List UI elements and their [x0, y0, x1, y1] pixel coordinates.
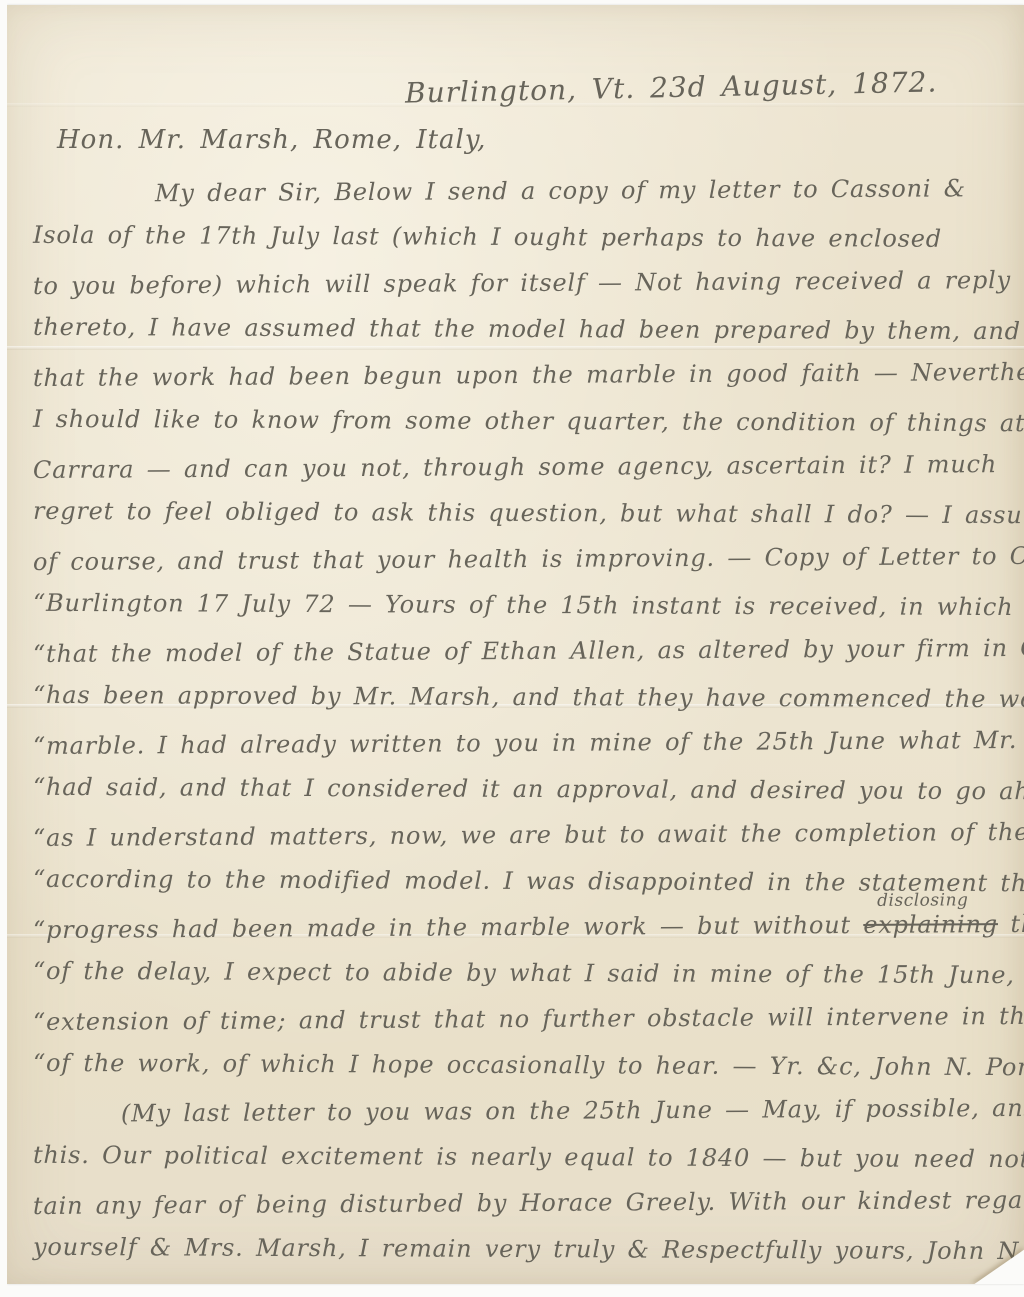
letter-line-quoted: “of the work, of which I hope occasional…	[33, 1040, 1020, 1090]
letter-line: (My last letter to you was on the 25th J…	[33, 1085, 1020, 1137]
letter-line-quoted: “that the model of the Statue of Ethan A…	[33, 625, 1020, 677]
letter-body: My dear Sir, Below I send a copy of my l…	[33, 168, 1020, 1272]
address-line: Hon. Mr. Marsh, Rome, Italy,	[57, 125, 486, 155]
letter-line: this. Our political excitement is nearly…	[33, 1132, 1020, 1182]
letter-line: to you before) which will speak for itse…	[33, 257, 1020, 309]
struck-word: explaining	[863, 910, 998, 939]
inserted-word: disclosing	[877, 892, 968, 910]
letter-line-with-correction: “progress had been made in the marble wo…	[33, 901, 1020, 953]
letter-line: Carrara — and can you not, through some …	[33, 441, 1020, 493]
letter-line: My dear Sir, Below I send a copy of my l…	[33, 165, 1020, 217]
letter-line: I should like to know from some other qu…	[33, 396, 1020, 446]
letter-line-quoted: “marble. I had already written to you in…	[33, 717, 1020, 769]
correction: disclosingexplaining	[863, 910, 998, 939]
letter-line: tain any fear of being disturbed by Hora…	[33, 1177, 1020, 1229]
letter-page: Burlington, Vt. 23d August, 1872. Hon. M…	[7, 5, 1024, 1284]
date-line: Burlington, Vt. 23d August, 1872.	[405, 65, 938, 109]
letter-line: Isola of the 17th July last (which I oug…	[33, 212, 1020, 262]
letter-line: regret to feel obliged to ask this quest…	[33, 488, 1020, 538]
letter-line: that the work had been begun upon the ma…	[33, 349, 1020, 401]
letter-line: of course, and trust that your health is…	[33, 533, 1020, 585]
letter-line: thereto, I have assumed that the model h…	[33, 304, 1020, 354]
letter-line-quoted: “extension of time; and trust that no fu…	[33, 993, 1020, 1045]
letter-line-quoted: “Burlington 17 July 72 — Yours of the 15…	[33, 580, 1020, 630]
line-text-before: “progress had been made in the marble wo…	[33, 911, 863, 944]
letter-line-quoted: “has been approved by Mr. Marsh, and tha…	[33, 672, 1020, 722]
letter-line-quoted: “had said, and that I considered it an a…	[33, 764, 1020, 814]
letter-line-signature: yourself & Mrs. Marsh, I remain very tru…	[33, 1224, 1020, 1274]
folded-corner	[973, 1249, 1024, 1284]
scanned-letter-frame: Burlington, Vt. 23d August, 1872. Hon. M…	[0, 0, 1024, 1297]
line-text-after: the cause	[998, 909, 1024, 938]
letter-line-quoted: “as I understand matters, now, we are bu…	[33, 809, 1020, 861]
scan-edge	[0, 0, 7, 1297]
letter-line-quoted: “of the delay, I expect to abide by what…	[33, 948, 1020, 998]
letter-line-quoted: “according to the modified model. I was …	[33, 856, 1020, 906]
